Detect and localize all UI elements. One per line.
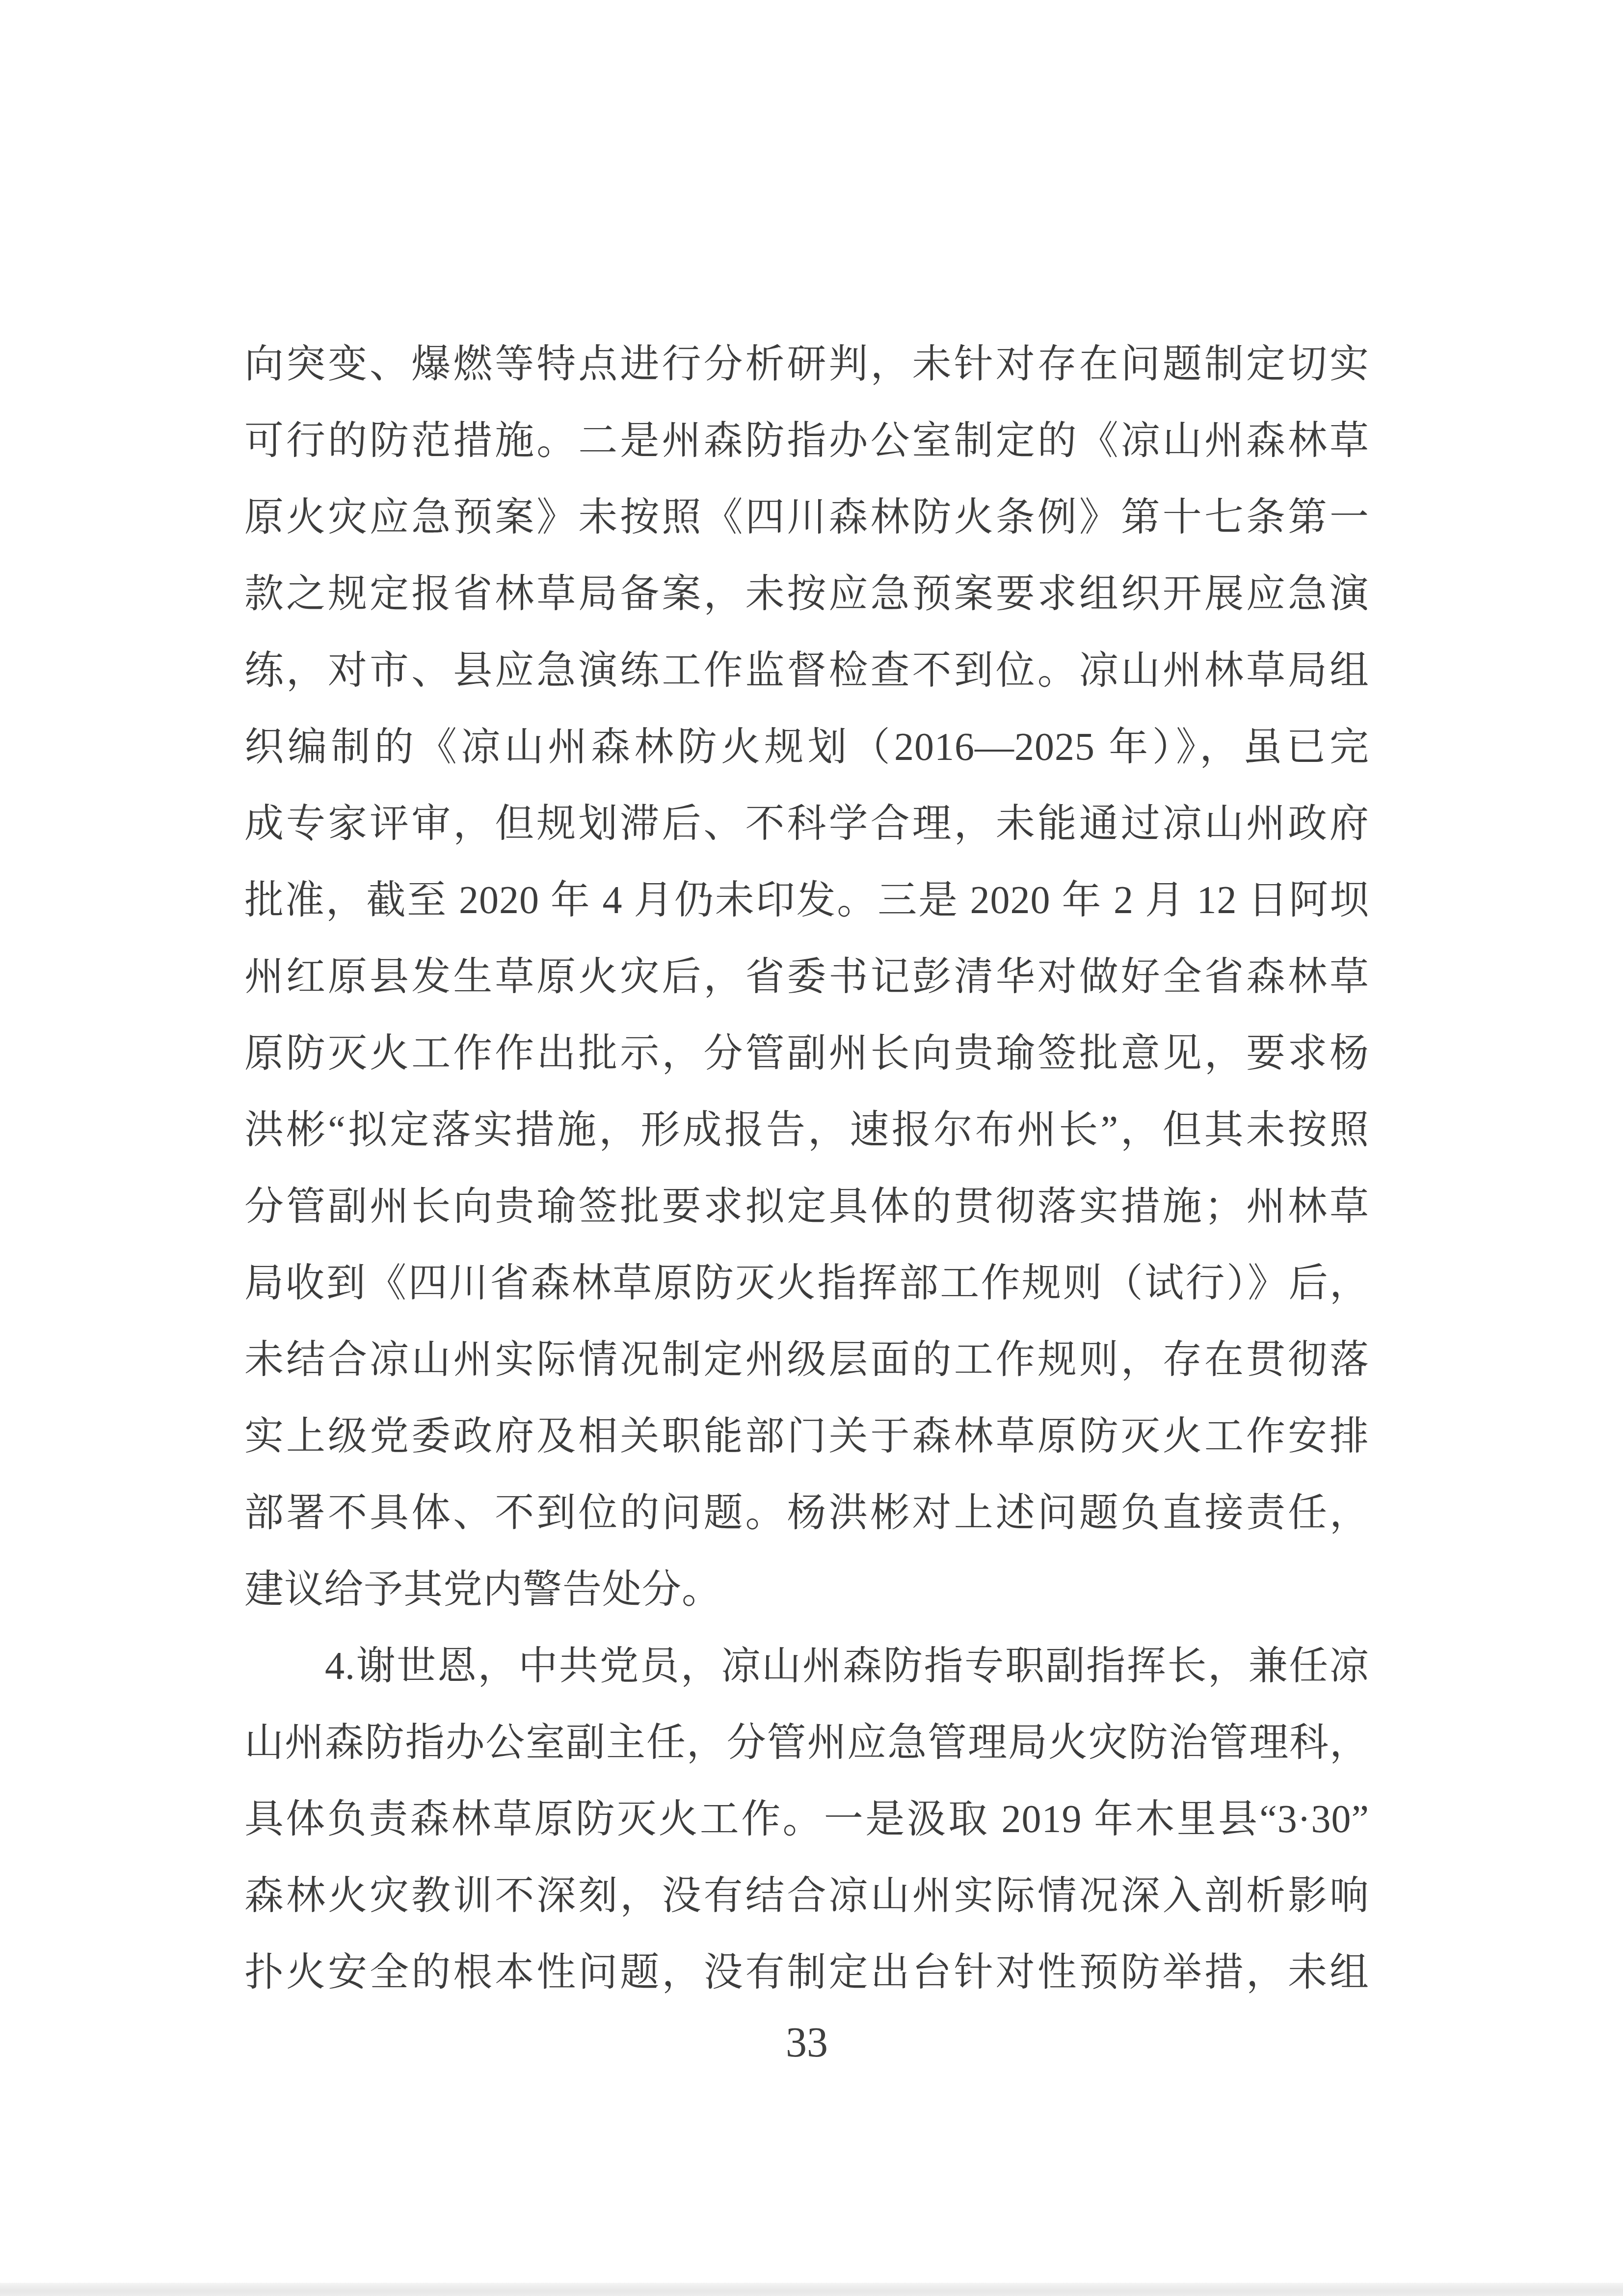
text-line: 可行的防范措施。二是州森防指办公室制定的《凉山州森林草 — [244, 403, 1369, 479]
text-line: 局收到《四川省森林草原防灭火指挥部工作规则（试行）》后， — [244, 1245, 1369, 1322]
text-line: 原防灭火工作作出批示，分管副州长向贵瑜签批意见，要求杨 — [244, 1015, 1369, 1092]
text-line: 具体负责森林草原防灭火工作。一是汲取 2019 年木里县“3·30” — [244, 1781, 1369, 1858]
text-line: 森林火灾教训不深刻，没有结合凉山州实际情况深入剖析影响 — [244, 1858, 1369, 1934]
text-line: 州红原县发生草原火灾后，省委书记彭清华对做好全省森林草 — [244, 939, 1369, 1015]
text-line: 批准，截至 2020 年 4 月仍未印发。三是 2020 年 2 月 12 日阿… — [244, 862, 1369, 939]
text-line: 4.谢世恩，中共党员，凉山州森防指专职副指挥长，兼任凉 — [244, 1628, 1369, 1704]
text-line: 成专家评审，但规划滞后、不科学合理，未能通过凉山州政府 — [244, 785, 1369, 862]
body-text: 向突变、爆燃等特点进行分析研判，未针对存在问题制定切实可行的防范措施。二是州森防… — [244, 326, 1369, 2011]
text-line: 建议给予其党内警告处分。 — [244, 1551, 1369, 1628]
text-line: 向突变、爆燃等特点进行分析研判，未针对存在问题制定切实 — [244, 326, 1369, 403]
text-line: 分管副州长向贵瑜签批要求拟定具体的贯彻落实措施；州林草 — [244, 1168, 1369, 1245]
text-line: 款之规定报省林草局备案，未按应急预案要求组织开展应急演 — [244, 556, 1369, 632]
text-line: 未结合凉山州实际情况制定州级层面的工作规则，存在贯彻落 — [244, 1322, 1369, 1398]
text-line: 部署不具体、不到位的问题。杨洪彬对上述问题负直接责任， — [244, 1475, 1369, 1551]
scanner-edge-band — [0, 2283, 1623, 2296]
document-page: 向突变、爆燃等特点进行分析研判，未针对存在问题制定切实可行的防范措施。二是州森防… — [0, 0, 1623, 2296]
text-line: 实上级党委政府及相关职能部门关于森林草原防灭火工作安排 — [244, 1398, 1369, 1475]
page-number: 33 — [244, 2013, 1369, 2072]
text-line: 原火灾应急预案》未按照《四川森林防火条例》第十七条第一 — [244, 479, 1369, 556]
text-line: 扑火安全的根本性问题，没有制定出台针对性预防举措，未组 — [244, 1934, 1369, 2011]
text-line: 练，对市、县应急演练工作监督检查不到位。凉山州林草局组 — [244, 632, 1369, 709]
text-line: 织编制的《凉山州森林防火规划（2016—2025 年）》，虽已完 — [244, 709, 1369, 785]
text-line: 山州森防指办公室副主任，分管州应急管理局火灾防治管理科， — [244, 1704, 1369, 1781]
text-line: 洪彬“拟定落实措施，形成报告，速报尔布州长”，但其未按照 — [244, 1092, 1369, 1168]
